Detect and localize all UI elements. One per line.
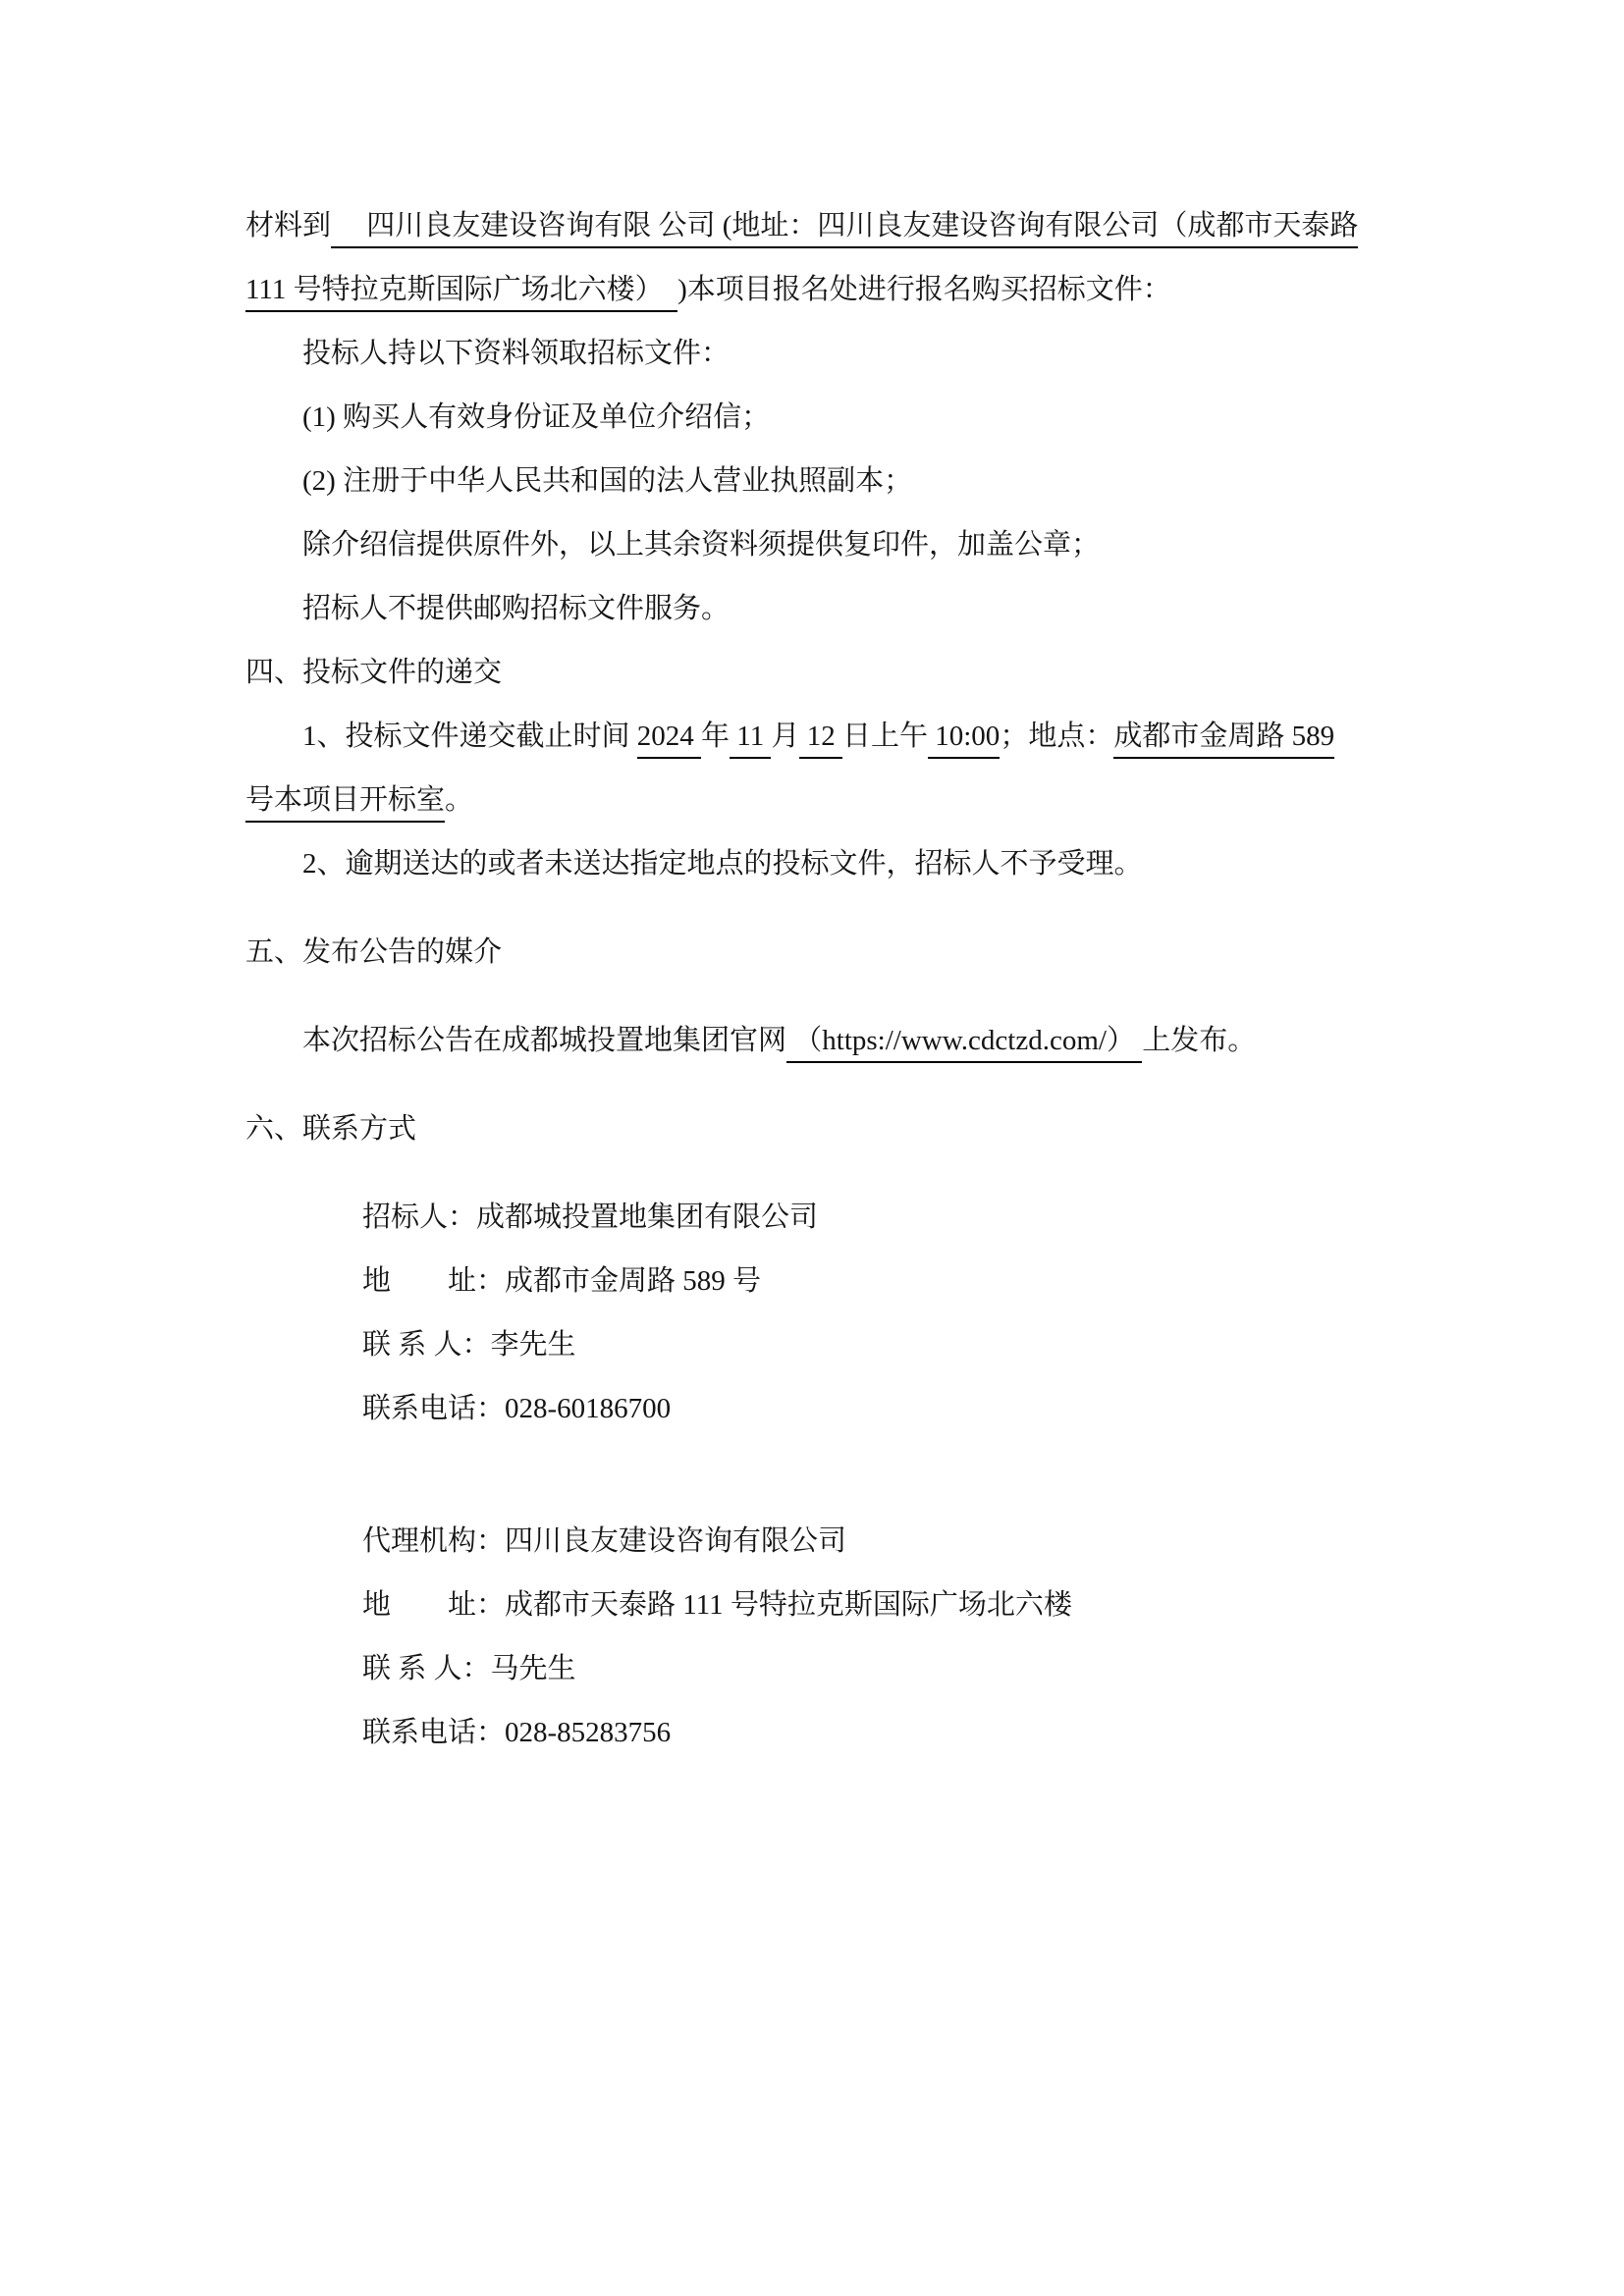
tenderer-address: 成都市金周路 589 号 <box>505 1265 761 1297</box>
agency-address-blank: 111 号特拉克斯国际广场北六楼） <box>245 274 677 312</box>
submission-location-cont: 号本项目开标室 <box>245 784 445 823</box>
tenderer-phone-label: 联系电话： <box>362 1393 505 1424</box>
tenderer-address-line: 地 址：成都市金周路 589 号 <box>245 1250 1379 1313</box>
section4-heading-text: 四、投标文件的递交 <box>245 657 502 688</box>
collection-intro: 投标人持以下资料领取招标文件： <box>245 322 1379 386</box>
submission-deadline-line: 1、投标文件递交截止时间 2024 年 11 月 12 日上午 10:00；地点… <box>245 705 1379 769</box>
announcement-media-line: 本次招标公告在成都城投置地集团官网 （https://www.cdctzd.co… <box>245 1009 1379 1073</box>
deadline-prefix: 1、投标文件递交截止时间 <box>302 721 637 752</box>
section5-heading: 五、发布公告的媒介 <box>245 921 1379 985</box>
agency-address-line: 地 址：成都市天泰路 111 号特拉克斯国际广场北六楼 <box>245 1574 1379 1637</box>
media-suffix: 上发布。 <box>1142 1025 1256 1056</box>
deadline-time: 10:00 <box>928 721 1000 759</box>
document-content: 材料到 四川良友建设咨询有限 公司 (地址：四川良友建设咨询有限公司（成都市天泰… <box>0 0 1624 1765</box>
late-submission-note-text: 2、逾期送达的或者未送达指定地点的投标文件，招标人不予受理。 <box>302 848 1143 880</box>
deadline-day-label: 日上午 <box>842 721 928 752</box>
deadline-year-label: 年 <box>701 721 730 752</box>
registration-prefix: 材料到 <box>245 210 331 241</box>
section6-heading-text: 六、联系方式 <box>245 1113 416 1145</box>
agency-name: 四川良友建设咨询有限公司 <box>505 1525 846 1557</box>
agency-contact: 马先生 <box>491 1653 576 1684</box>
registration-paragraph-line2: 111 号特拉克斯国际广场北六楼） )本项目报名处进行报名购买招标文件： <box>245 258 1379 322</box>
section6-heading: 六、联系方式 <box>245 1097 1379 1161</box>
section5-heading-text: 五、发布公告的媒介 <box>245 936 502 968</box>
agency-name-blank: 四川良友建设咨询有限 公司 (地址：四川良友建设咨询有限公司（成都市天泰路 <box>331 210 1358 248</box>
registration-suffix: )本项目报名处进行报名购买招标文件： <box>677 274 1171 305</box>
tenderer-name: 成都城投置地集团有限公司 <box>476 1201 818 1233</box>
registration-paragraph-line1: 材料到 四川良友建设咨询有限 公司 (地址：四川良友建设咨询有限公司（成都市天泰… <box>245 194 1379 258</box>
collection-note-copies: 除介绍信提供原件外，以上其余资料须提供复印件，加盖公章； <box>245 513 1379 577</box>
collection-note-copies-text: 除介绍信提供原件外，以上其余资料须提供复印件，加盖公章； <box>302 529 1100 561</box>
agency-contact-line: 联 系 人：马先生 <box>245 1637 1379 1701</box>
section4-heading: 四、投标文件的递交 <box>245 641 1379 705</box>
tenderer-contact: 李先生 <box>491 1329 576 1361</box>
late-submission-note: 2、逾期送达的或者未送达指定地点的投标文件，招标人不予受理。 <box>245 832 1379 896</box>
collection-item-1-text: (1) 购买人有效身份证及单位介绍信； <box>302 401 770 433</box>
collection-note-no-mail: 招标人不提供邮购招标文件服务。 <box>245 577 1379 641</box>
collection-item-2: (2) 注册于中华人民共和国的法人营业执照副本； <box>245 450 1379 513</box>
website-url: （https://www.cdctzd.com/） <box>786 1025 1142 1063</box>
deadline-month: 11 <box>730 721 771 759</box>
collection-intro-text: 投标人持以下资料领取招标文件： <box>302 338 730 369</box>
tenderer-name-line: 招标人：成都城投置地集团有限公司 <box>245 1186 1379 1250</box>
agency-contact-label: 联 系 人： <box>362 1653 491 1684</box>
submission-location: 成都市金周路 589 <box>1113 721 1334 759</box>
tenderer-address-label: 地 址： <box>362 1265 505 1297</box>
tenderer-name-label: 招标人： <box>362 1201 476 1233</box>
deadline-year: 2024 <box>637 721 701 759</box>
tenderer-contact-line: 联 系 人：李先生 <box>245 1313 1379 1377</box>
agency-address: 成都市天泰路 111 号特拉克斯国际广场北六楼 <box>505 1589 1072 1621</box>
tenderer-phone: 028-60186700 <box>505 1393 671 1424</box>
deadline-location-label: ；地点： <box>1000 721 1113 752</box>
media-prefix: 本次招标公告在成都城投置地集团官网 <box>302 1025 786 1056</box>
collection-item-1: (1) 购买人有效身份证及单位介绍信； <box>245 386 1379 450</box>
agency-name-label: 代理机构： <box>362 1525 505 1557</box>
submission-location-cont-line: 号本项目开标室。 <box>245 769 1379 832</box>
tenderer-phone-line: 联系电话：028-60186700 <box>245 1377 1379 1441</box>
agency-address-label: 地 址： <box>362 1589 505 1621</box>
collection-item-2-text: (2) 注册于中华人民共和国的法人营业执照副本； <box>302 465 912 497</box>
submission-location-period: 。 <box>445 784 473 816</box>
agency-phone: 028-85283756 <box>505 1717 671 1748</box>
agency-name-line: 代理机构：四川良友建设咨询有限公司 <box>245 1510 1379 1574</box>
agency-phone-label: 联系电话： <box>362 1717 505 1748</box>
document-page: 材料到 四川良友建设咨询有限 公司 (地址：四川良友建设咨询有限公司（成都市天泰… <box>0 0 1624 2296</box>
tenderer-contact-label: 联 系 人： <box>362 1329 491 1361</box>
deadline-day: 12 <box>799 721 842 759</box>
collection-note-no-mail-text: 招标人不提供邮购招标文件服务。 <box>302 593 730 624</box>
deadline-month-label: 月 <box>771 721 799 752</box>
agency-phone-line: 联系电话：028-85283756 <box>245 1701 1379 1765</box>
